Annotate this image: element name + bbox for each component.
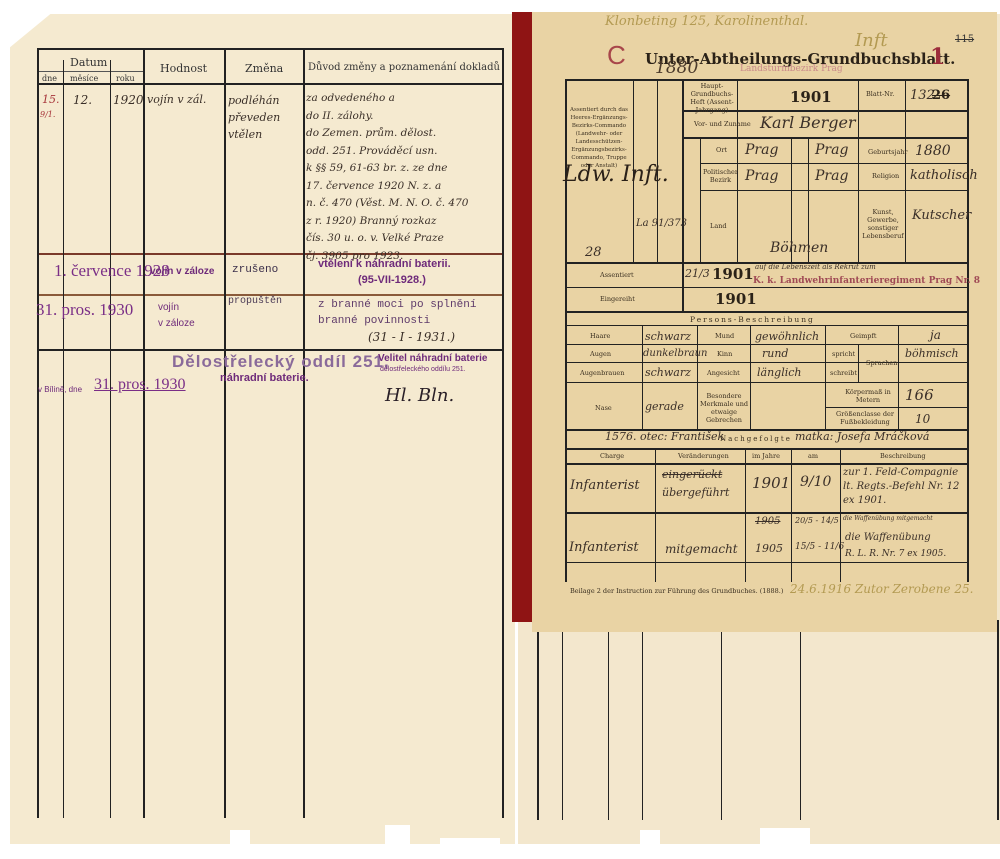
entry3-duvod: z branné moci po splnění branné povinnos… [318, 297, 476, 345]
geimpft-label: Geimpft [850, 332, 876, 340]
history2-jahr: 1905 [755, 542, 783, 555]
bezirk-geburt: Prag [745, 168, 778, 184]
ort-heimat: Prag [815, 142, 848, 158]
merkmale-label: Besondere Merkmale und etwaige Gebrechen [699, 392, 749, 424]
history2-beschreibung: die Waffenübung R. L. R. Nr. 7 ex 1905. [845, 530, 946, 562]
nachgefolgte-note-left: 1576. otec: František [605, 430, 724, 443]
sprachen-value: böhmisch [905, 347, 959, 360]
entry1-duvod: za odvedeného a do II. zálohy. do Zemen.… [306, 90, 468, 265]
personsbeschreibung-heading: Persons-Beschreibung [690, 315, 815, 324]
torn-edge [760, 828, 810, 859]
commander-signature: Hl. Bln. [385, 385, 454, 406]
history-header-beschreibung: Beschreibung [880, 452, 926, 460]
assentiert-value: Ldw. Inft. [563, 162, 669, 187]
entry3-zmena: propuštěn [228, 296, 282, 307]
land-value: Böhmen [770, 240, 828, 256]
footer-pencil: 24.6.1916 Zutor Zerobene 25. [790, 582, 973, 596]
eingereiht-label: Eingereiht [600, 295, 635, 303]
header-roku: roku [116, 74, 135, 83]
koerpermass-label: Körpermaß in Metern [843, 388, 893, 404]
laufende-zahl-value: 28 [585, 245, 602, 260]
nase-value: gerade [645, 400, 684, 413]
battery-stamp: náhradní baterie. [220, 372, 309, 384]
history-header-veraenderungen: Veränderungen [678, 452, 729, 460]
entry1-roku: 1920 [113, 93, 144, 107]
koerpermass-value: 166 [905, 386, 934, 404]
angesicht-label: Angesicht [707, 369, 740, 377]
geburtsjahr-label: Geburtsjahr [868, 148, 908, 156]
religion-value: katholisch [910, 168, 978, 183]
religion-label: Religion [872, 172, 899, 180]
entry1-mesice: 12. [73, 93, 92, 107]
history1-beschreibung: zur 1. Feld-Compagnie lt. Regts.-Befehl … [843, 466, 959, 508]
augenbrauen-label: Augenbrauen [580, 369, 624, 377]
torn-edge [640, 830, 660, 859]
history2-am-top: 20/5 - 14/5 [795, 516, 839, 525]
entry1-dne: 15. [42, 93, 60, 106]
header-dne: dne [42, 74, 57, 83]
blatt-struck: 26 [932, 88, 950, 103]
kinn-value: rund [762, 347, 788, 360]
name-value: Karl Berger [760, 113, 856, 132]
header-datum: Datum [70, 56, 107, 69]
haupt-value: 1901 [790, 88, 832, 106]
eingereiht-year: 1901 [715, 290, 757, 308]
number-red: 1 [930, 44, 945, 70]
augen-label: Augen [590, 350, 611, 358]
beruf-value: Kutscher [912, 208, 971, 223]
history2-veraenderungen: mitgemacht [665, 542, 738, 556]
entry2-duvod: vtělení k náhradní baterii. (95-VII-1928… [318, 256, 451, 288]
history2-charge: Infanterist [569, 540, 639, 555]
mund-label: Mund [715, 332, 734, 340]
ort-geburt: Prag [745, 142, 778, 158]
history1-charge: Infanterist [570, 478, 640, 493]
beruf-label: Kunst, Gewerbe, sonstiger Lebensberuf [862, 208, 904, 240]
angesicht-value: länglich [757, 366, 801, 379]
assentiert-year: 1901 [712, 265, 754, 283]
history-header-jahr: im Jahre [752, 452, 780, 460]
nase-label: Nase [595, 404, 612, 412]
assentiert-date: 21/3 [685, 267, 710, 280]
geburtsjahr-value: 1880 [915, 143, 951, 159]
augen-value: dunkelbraun [643, 348, 707, 359]
nachgefolgte-label: Nachgefolgte [720, 435, 792, 443]
top-pencil-note: Klonbeting 125, Karolinenthal. [605, 14, 808, 29]
blatt-label: Blatt-Nr. [866, 90, 894, 98]
assentiert-label: Assentiert durch das Heeres-Ergänzungs-B… [568, 106, 630, 170]
history2-am: 15/5 - 11/6 [795, 542, 844, 552]
history2-beschreibung-top: die Waffenübung mitgemacht [843, 515, 933, 522]
entry2-zmena: zrušeno [232, 264, 278, 276]
commander-stamp-line1: Velitel náhradní baterie [378, 353, 487, 364]
commander-stamp-line2: dělostřeleckého oddílu 251. [380, 366, 466, 373]
number-struck: 115 [955, 34, 974, 45]
history1-am: 9/10 [800, 474, 831, 490]
ort-label: Ort [716, 146, 727, 154]
torn-edge [385, 825, 410, 859]
history2-jahr-top: 1905 [755, 516, 780, 527]
sprachen-label: Sprachen [866, 359, 897, 367]
augenbrauen-value: schwarz [645, 366, 691, 379]
schreibt-label: schreibt [830, 369, 857, 377]
history1-jahr: 1901 [752, 474, 790, 492]
history-header-charge: Charge [600, 452, 624, 460]
bezirk-label: Politischer Bezirk [703, 168, 738, 184]
name-label: Vor- und Zuname [694, 120, 751, 128]
header-mesice: měsíce [70, 74, 98, 83]
place-prefix: v Bílině, dne [38, 385, 82, 394]
footer-print: Beilage 2 der Instruction zur Führung de… [570, 587, 783, 595]
haare-value: schwarz [645, 330, 691, 343]
assentiert-row-label: Assentiert [600, 271, 634, 279]
spricht-label: spricht [832, 350, 855, 358]
entry1-zmena: podléhán převeden vtělen [228, 92, 280, 143]
land-label: Land [710, 222, 727, 230]
nachgefolgte-note-right: matka: Josefa Mráčková [795, 430, 929, 443]
mund-value: gewöhnlich [755, 330, 819, 343]
haupt-label: Haupt-Grundbuchs-Heft (Assent-Jahrgang) [688, 82, 736, 114]
entry2-hodnost: vojín v záloze [150, 266, 214, 277]
groessenclasse-label: Größenclasse der Fußbekleidung [835, 410, 895, 426]
header-duvod: Důvod změny a poznamenání dokladů [308, 62, 500, 73]
entry3-date-stamp: 31. pros. 1930 [36, 300, 133, 320]
entry1-hodnost: vojín v zál. [147, 93, 206, 106]
torn-edge [230, 830, 250, 859]
header-hodnost: Hodnost [160, 62, 207, 75]
history-header-am: am [808, 452, 818, 460]
assentiert-stamp: K. k. Landwehrinfanterieregiment Prag Nr… [753, 276, 980, 286]
assentiert-note: auf die Lebenszeit als Rekrut zum [755, 263, 876, 271]
entry3-hodnost: vojín v záloze [158, 300, 195, 332]
entry1-margin-note: 9/1. [40, 110, 55, 119]
assent-protokoll-value: La 91/373 [636, 218, 687, 229]
header-zmena: Změna [245, 62, 283, 75]
geimpft-value: ja [930, 328, 941, 342]
unit-stamp: Dělostřelecký oddíl 251, [172, 352, 390, 372]
kinn-label: Kinn [717, 350, 732, 358]
title-overwrite: 1880 [655, 58, 698, 78]
top-right-pencil: Inft [855, 30, 888, 51]
bezirk-heimat: Prag [815, 168, 848, 184]
haare-label: Haare [590, 332, 610, 340]
history1-veraenderungen: eingerückt übergeführt [662, 466, 729, 502]
place-date-stamp: 31. pros. 1930 [94, 376, 186, 394]
corner-letter: C [607, 40, 626, 71]
torn-edge [440, 838, 500, 859]
title-stamp: Landsturmbezirk Prag [740, 64, 843, 74]
groessenclasse-value: 10 [915, 412, 930, 426]
